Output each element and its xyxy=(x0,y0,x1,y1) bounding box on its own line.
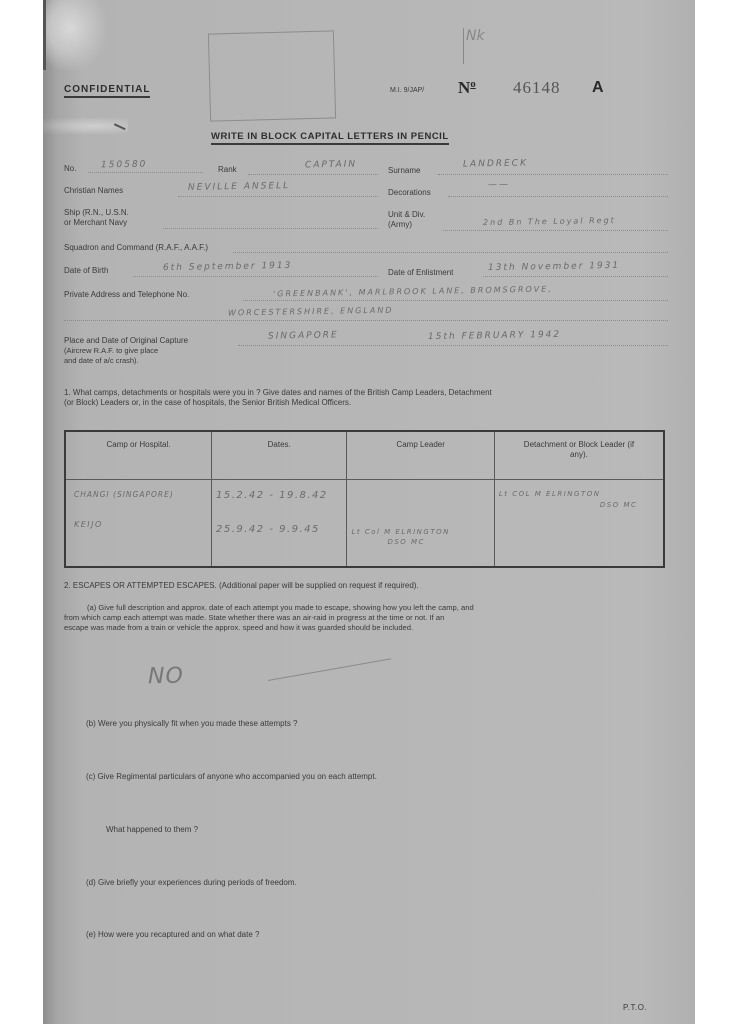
question-c-followup: What happened to them ? xyxy=(106,825,198,835)
value-unit: 2nd Bn The Loyal Regt xyxy=(483,216,616,227)
page-curl xyxy=(43,0,106,70)
section2-heading: 2. ESCAPES OR ATTEMPTED ESCAPES. (Additi… xyxy=(64,581,419,591)
question-e: (e) How were you recaptured and on what … xyxy=(86,930,259,940)
value-christian-names: NEVILLE ANSELL xyxy=(188,181,290,193)
table-body-row: CHANGI (SINGAPORE) KEIJO 15.2.42 - 19.8.… xyxy=(65,480,664,568)
question-a-line3: escape was made from a train or vehicle … xyxy=(64,623,669,633)
header-camp: Camp or Hospital. xyxy=(65,431,211,480)
value-capture-date: 15th FEBRUARY 1942 xyxy=(428,330,561,342)
label-enlistment: Date of Enlistment xyxy=(388,268,453,277)
value-address-line2: WORCESTERSHIRE, ENGLAND xyxy=(228,306,394,318)
header-detachment-leader: Detachment or Block Leader (if any). xyxy=(494,431,664,480)
serial-number: 46148 xyxy=(513,78,561,98)
camp-leader-row2-line1: Lt Col M ELRINGTON xyxy=(351,528,449,536)
value-number: 150580 xyxy=(101,160,148,171)
question-b: (b) Were you physically fit when you mad… xyxy=(86,719,298,729)
section1-question-line1: 1. What camps, detachments or hospitals … xyxy=(64,388,674,398)
value-capture-place: SINGAPORE xyxy=(268,330,339,341)
question-a-line1: (a) Give full description and approx. da… xyxy=(64,603,669,613)
please-turn-over: P.T.O. xyxy=(623,1003,647,1012)
section2-question-a: (a) Give full description and approx. da… xyxy=(64,603,669,633)
camps-table: Camp or Hospital. Dates. Camp Leader Det… xyxy=(64,430,665,568)
label-ship-line1: Ship (R.N., U.S.N. xyxy=(64,208,129,217)
question-c: (c) Give Regimental particulars of anyon… xyxy=(86,772,377,782)
dates-row2: 25.9.42 - 9.9.45 xyxy=(216,524,320,535)
answer-a: NO xyxy=(148,664,184,690)
cell-detachment-leader: Lt COL M ELRINGTON DSO MC xyxy=(494,480,664,568)
cell-camp-leader: Lt Col M ELRINGTON DSO MC xyxy=(347,480,494,568)
section1-question-line2: (or Block) Leaders or, in the case of ho… xyxy=(64,398,674,408)
question-d: (d) Give briefly your experiences during… xyxy=(86,878,297,888)
value-dob: 6th September 1913 xyxy=(163,261,292,273)
confidential-label: CONFIDENTIAL xyxy=(64,84,150,98)
label-ship-line2: or Merchant Navy xyxy=(64,218,127,227)
camp-row2: KEIJO xyxy=(74,520,103,529)
label-rank: Rank xyxy=(218,165,237,174)
label-number: No. xyxy=(64,164,76,173)
serial-suffix: A xyxy=(592,79,604,97)
value-address-line1: 'GREENBANK', MARLBROOK LANE, BROMSGROVE, xyxy=(273,285,553,299)
label-dob: Date of Birth xyxy=(64,266,108,275)
label-unit-line1: Unit & Div. xyxy=(388,210,425,219)
label-capture-line2: (Aircrew R.A.F. to give place xyxy=(64,346,158,355)
detachment-leader-row1-line2: DSO MC xyxy=(600,501,638,509)
section1-question: 1. What camps, detachments or hospitals … xyxy=(64,388,674,408)
label-capture-line1: Place and Date of Original Capture xyxy=(64,336,188,345)
label-surname: Surname xyxy=(388,166,420,175)
label-christian-names: Christian Names xyxy=(64,186,123,195)
table-header-row: Camp or Hospital. Dates. Camp Leader Det… xyxy=(65,431,664,480)
faded-stamp-box xyxy=(208,30,336,121)
value-rank: CAPTAIN xyxy=(305,160,357,171)
document-page: Nk CONFIDENTIAL M.I. 9/JAP/ No 46148 A W… xyxy=(43,0,695,1024)
header-dates: Dates. xyxy=(211,431,346,480)
instruction-heading: WRITE IN BLOCK CAPITAL LETTERS IN PENCIL xyxy=(211,131,449,145)
label-address: Private Address and Telephone No. xyxy=(64,290,189,299)
label-unit-line2: (Army) xyxy=(388,220,412,229)
form-reference: M.I. 9/JAP/ xyxy=(390,87,424,94)
label-decorations: Decorations xyxy=(388,188,431,197)
pencil-annotation: Nk xyxy=(463,28,510,64)
number-symbol: No xyxy=(458,78,476,98)
cell-camps: CHANGI (SINGAPORE) KEIJO xyxy=(65,480,211,568)
detachment-leader-row1-line1: Lt COL M ELRINGTON xyxy=(499,490,601,498)
question-a-line2: from which camp each attempt was made. S… xyxy=(64,613,669,623)
value-surname: LANDRECK xyxy=(463,158,528,169)
camp-leader-row2-line2: DSO MC xyxy=(387,538,425,546)
cell-dates: 15.2.42 - 19.8.42 25.9.42 - 9.9.45 xyxy=(211,480,346,568)
header-camp-leader: Camp Leader xyxy=(347,431,494,480)
pencil-stroke xyxy=(268,658,391,681)
camp-row1: CHANGI (SINGAPORE) xyxy=(74,490,174,499)
value-enlistment: 13th November 1931 xyxy=(488,261,620,273)
dates-row1: 15.2.42 - 19.8.42 xyxy=(216,490,328,501)
label-capture-line3: and date of a/c crash). xyxy=(64,356,139,365)
label-squadron: Squadron and Command (R.A.F., A.A.F.) xyxy=(64,243,208,252)
value-decorations: —— xyxy=(488,180,510,190)
